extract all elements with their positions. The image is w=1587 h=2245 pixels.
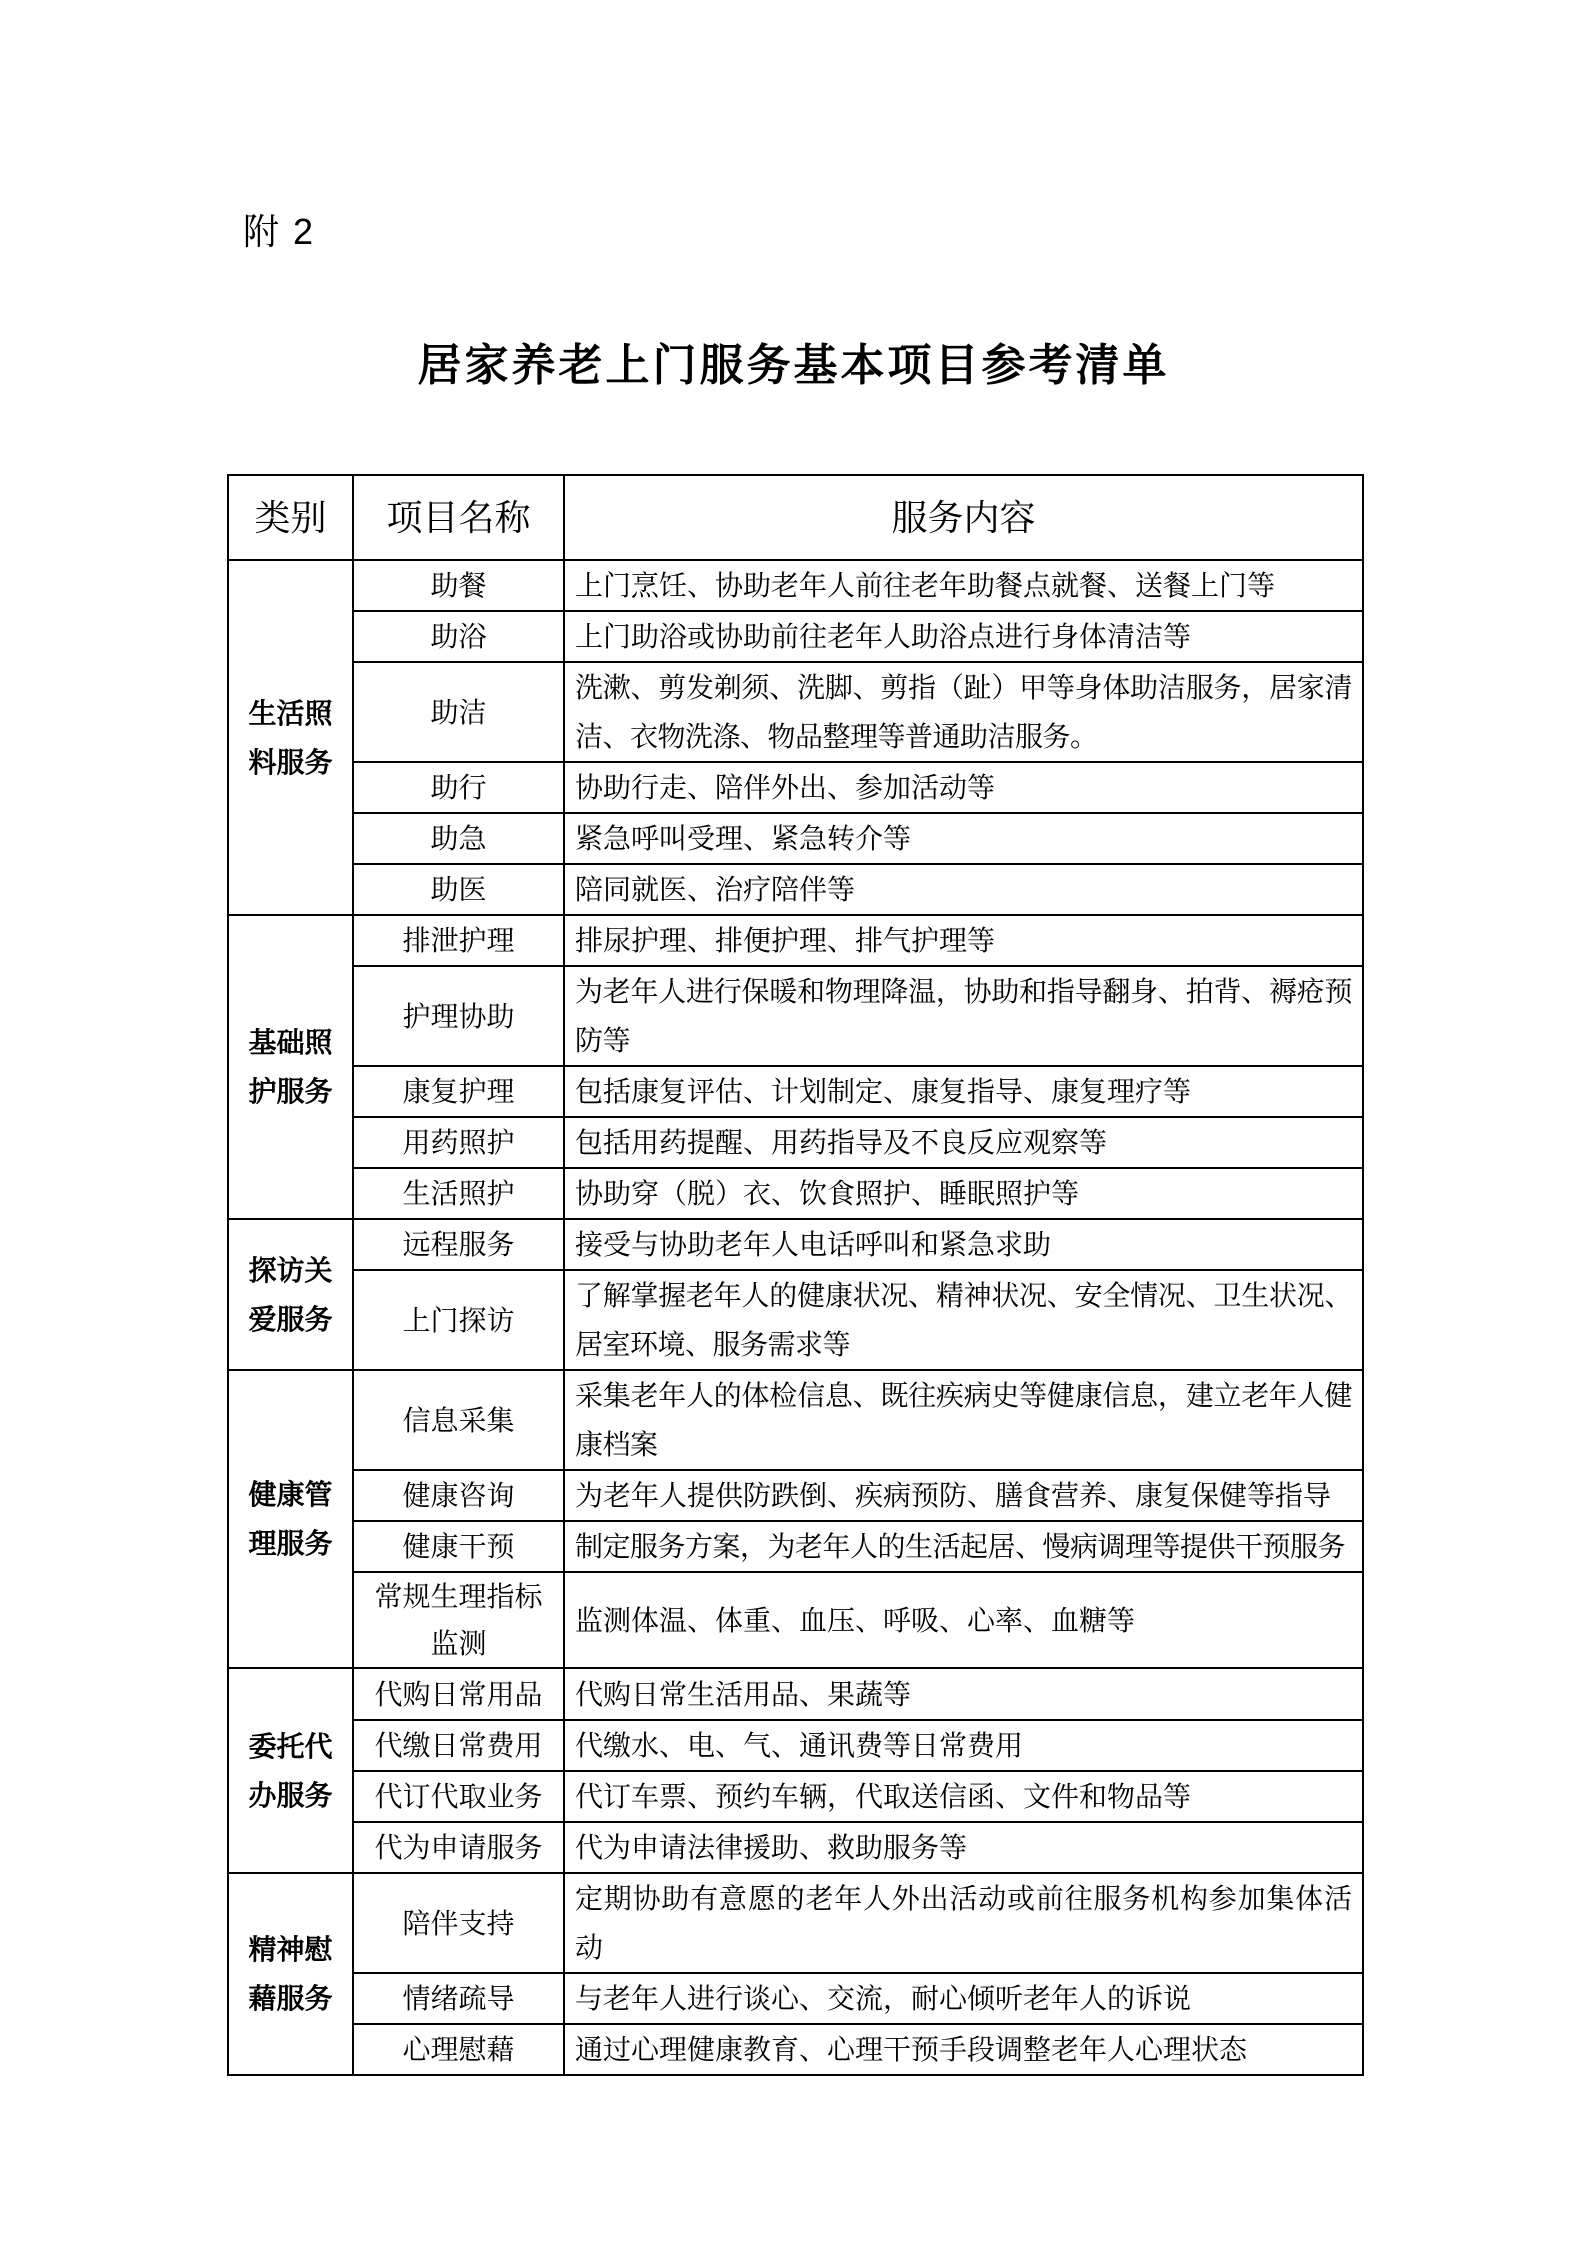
table-row: 代订代取业务 代订车票、预约车辆，代取送信函、文件和物品等 (228, 1771, 1363, 1822)
table-row: 生活照料服务 助餐 上门烹饪、协助老年人前往老年助餐点就餐、送餐上门等 (228, 560, 1363, 611)
item-name-cell: 陪伴支持 (353, 1873, 564, 1973)
table-row: 助洁 洗漱、剪发剃须、洗脚、剪指（趾）甲等身体助洁服务，居家清洁、衣物洗涤、物品… (228, 662, 1363, 762)
item-name-cell: 助医 (353, 864, 564, 915)
item-name-cell: 康复护理 (353, 1066, 564, 1117)
item-content-cell: 与老年人进行谈心、交流，耐心倾听老年人的诉说 (564, 1973, 1363, 2024)
item-name-cell: 代购日常用品 (353, 1668, 564, 1720)
item-name-cell: 护理协助 (353, 966, 564, 1066)
table-row: 基础照护服务 排泄护理 排尿护理、排便护理、排气护理等 (228, 915, 1363, 966)
item-name-cell: 助餐 (353, 560, 564, 611)
item-name-cell: 代为申请服务 (353, 1822, 564, 1873)
table-row: 代缴日常费用 代缴水、电、气、通讯费等日常费用 (228, 1720, 1363, 1771)
item-content-cell: 上门助浴或协助前往老年人助浴点进行身体清洁等 (564, 611, 1363, 662)
table-row: 用药照护 包括用药提醒、用药指导及不良反应观察等 (228, 1117, 1363, 1168)
item-content-cell: 排尿护理、排便护理、排气护理等 (564, 915, 1363, 966)
item-name-cell: 常规生理指标监测 (353, 1572, 564, 1668)
table-row: 委托代办服务 代购日常用品 代购日常生活用品、果蔬等 (228, 1668, 1363, 1720)
table-row: 助行 协助行走、陪伴外出、参加活动等 (228, 762, 1363, 813)
item-name-cell: 用药照护 (353, 1117, 564, 1168)
table-row: 精神慰藉服务 陪伴支持 定期协助有意愿的老年人外出活动或前往服务机构参加集体活动 (228, 1873, 1363, 1973)
item-content-cell: 洗漱、剪发剃须、洗脚、剪指（趾）甲等身体助洁服务，居家清洁、衣物洗涤、物品整理等… (564, 662, 1363, 762)
item-content-cell: 代为申请法律援助、救助服务等 (564, 1822, 1363, 1873)
category-cell: 委托代办服务 (228, 1668, 353, 1873)
category-cell: 精神慰藉服务 (228, 1873, 353, 2075)
appendix-label: 附 2 (243, 212, 315, 252)
item-content-cell: 通过心理健康教育、心理干预手段调整老年人心理状态 (564, 2024, 1363, 2075)
table-row: 健康咨询 为老年人提供防跌倒、疾病预防、膳食营养、康复保健等指导 (228, 1470, 1363, 1521)
table-row: 护理协助 为老年人进行保暖和物理降温，协助和指导翻身、拍背、褥疮预防等 (228, 966, 1363, 1066)
table-row: 助急 紧急呼叫受理、紧急转介等 (228, 813, 1363, 864)
table-row: 代为申请服务 代为申请法律援助、救助服务等 (228, 1822, 1363, 1873)
table-row: 情绪疏导 与老年人进行谈心、交流，耐心倾听老年人的诉说 (228, 1973, 1363, 2024)
table-row: 康复护理 包括康复评估、计划制定、康复指导、康复理疗等 (228, 1066, 1363, 1117)
item-content-cell: 包括康复评估、计划制定、康复指导、康复理疗等 (564, 1066, 1363, 1117)
item-name-cell: 上门探访 (353, 1270, 564, 1370)
item-name-cell: 代订代取业务 (353, 1771, 564, 1822)
category-cell: 基础照护服务 (228, 915, 353, 1219)
item-content-cell: 为老年人提供防跌倒、疾病预防、膳食营养、康复保健等指导 (564, 1470, 1363, 1521)
item-content-cell: 采集老年人的体检信息、既往疾病史等健康信息，建立老年人健康档案 (564, 1370, 1363, 1470)
item-name-cell: 远程服务 (353, 1219, 564, 1270)
item-content-cell: 紧急呼叫受理、紧急转介等 (564, 813, 1363, 864)
document-page: 附 2 居家养老上门服务基本项目参考清单 类别 项目名称 服务内容 生活照料服务… (0, 0, 1587, 2245)
item-name-cell: 生活照护 (353, 1168, 564, 1219)
category-cell: 生活照料服务 (228, 560, 353, 915)
item-name-cell: 助行 (353, 762, 564, 813)
item-name-cell: 情绪疏导 (353, 1973, 564, 2024)
item-content-cell: 监测体温、体重、血压、呼吸、心率、血糖等 (564, 1572, 1363, 1668)
item-content-cell: 上门烹饪、协助老年人前往老年助餐点就餐、送餐上门等 (564, 560, 1363, 611)
table-row: 生活照护 协助穿（脱）衣、饮食照护、睡眠照护等 (228, 1168, 1363, 1219)
service-reference-table: 类别 项目名称 服务内容 生活照料服务 助餐 上门烹饪、协助老年人前往老年助餐点… (227, 474, 1364, 2076)
item-content-cell: 协助穿（脱）衣、饮食照护、睡眠照护等 (564, 1168, 1363, 1219)
item-name-cell: 信息采集 (353, 1370, 564, 1470)
item-name-cell: 助洁 (353, 662, 564, 762)
item-name-cell: 心理慰藉 (353, 2024, 564, 2075)
category-cell: 健康管理服务 (228, 1370, 353, 1668)
item-content-cell: 代缴水、电、气、通讯费等日常费用 (564, 1720, 1363, 1771)
table-row: 上门探访 了解掌握老年人的健康状况、精神状况、安全情况、卫生状况、居室环境、服务… (228, 1270, 1363, 1370)
table-row: 健康管理服务 信息采集 采集老年人的体检信息、既往疾病史等健康信息，建立老年人健… (228, 1370, 1363, 1470)
table-header-row: 类别 项目名称 服务内容 (228, 475, 1363, 560)
item-content-cell: 代购日常生活用品、果蔬等 (564, 1668, 1363, 1720)
item-content-cell: 了解掌握老年人的健康状况、精神状况、安全情况、卫生状况、居室环境、服务需求等 (564, 1270, 1363, 1370)
item-name-cell: 助浴 (353, 611, 564, 662)
table-row: 助医 陪同就医、治疗陪伴等 (228, 864, 1363, 915)
item-content-cell: 陪同就医、治疗陪伴等 (564, 864, 1363, 915)
table-row: 常规生理指标监测 监测体温、体重、血压、呼吸、心率、血糖等 (228, 1572, 1363, 1668)
item-name-cell: 健康干预 (353, 1521, 564, 1572)
header-item-name: 项目名称 (353, 475, 564, 560)
item-content-cell: 为老年人进行保暖和物理降温，协助和指导翻身、拍背、褥疮预防等 (564, 966, 1363, 1066)
item-name-cell: 代缴日常费用 (353, 1720, 564, 1771)
table-row: 心理慰藉 通过心理健康教育、心理干预手段调整老年人心理状态 (228, 2024, 1363, 2075)
item-name-cell: 助急 (353, 813, 564, 864)
page-title: 居家养老上门服务基本项目参考清单 (0, 341, 1587, 391)
table-row: 探访关爱服务 远程服务 接受与协助老年人电话呼叫和紧急求助 (228, 1219, 1363, 1270)
item-name-cell: 排泄护理 (353, 915, 564, 966)
category-cell: 探访关爱服务 (228, 1219, 353, 1370)
item-content-cell: 接受与协助老年人电话呼叫和紧急求助 (564, 1219, 1363, 1270)
item-content-cell: 定期协助有意愿的老年人外出活动或前往服务机构参加集体活动 (564, 1873, 1363, 1973)
item-content-cell: 制定服务方案，为老年人的生活起居、慢病调理等提供干预服务 (564, 1521, 1363, 1572)
header-category: 类别 (228, 475, 353, 560)
item-content-cell: 协助行走、陪伴外出、参加活动等 (564, 762, 1363, 813)
table-row: 健康干预 制定服务方案，为老年人的生活起居、慢病调理等提供干预服务 (228, 1521, 1363, 1572)
header-service-content: 服务内容 (564, 475, 1363, 560)
item-content-cell: 包括用药提醒、用药指导及不良反应观察等 (564, 1117, 1363, 1168)
table-row: 助浴 上门助浴或协助前往老年人助浴点进行身体清洁等 (228, 611, 1363, 662)
item-name-cell: 健康咨询 (353, 1470, 564, 1521)
item-content-cell: 代订车票、预约车辆，代取送信函、文件和物品等 (564, 1771, 1363, 1822)
